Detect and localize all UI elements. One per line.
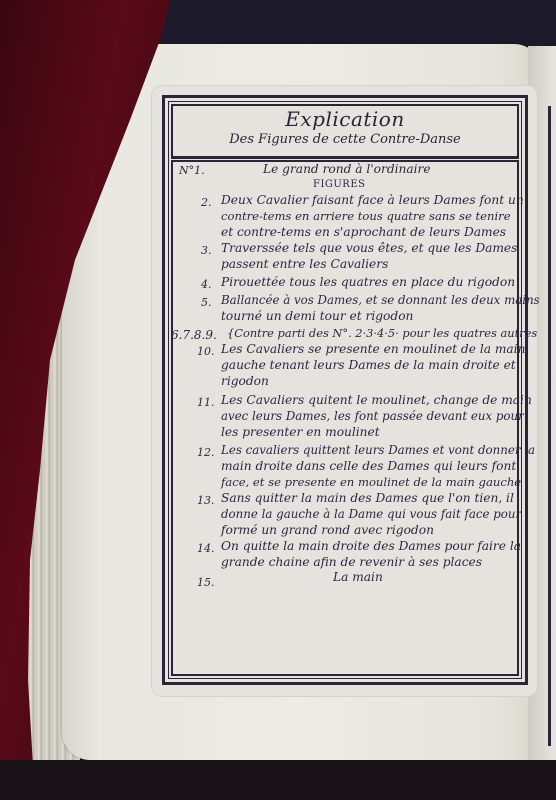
entry-line: Les cavaliers quittent leurs Dames et vo… [221, 443, 535, 458]
entry-line: La main [333, 570, 383, 585]
entry-number: 10. [197, 345, 215, 358]
entry-line: les presenter en moulinet [221, 425, 380, 440]
entry-line: Pirouettée tous les quatres en place du … [221, 275, 515, 290]
figures-heading: FIGURES [313, 179, 365, 190]
figure-number: N°1. [179, 164, 205, 177]
entry-line: rigodon [221, 374, 269, 389]
entry-line: grande chaine afin de revenir à ses plac… [221, 555, 482, 570]
entry-number: 3. [201, 244, 212, 257]
entry-line: {Contre parti des N°. 2·3·4·5· pour les … [227, 326, 537, 341]
entry-line: contre-tems en arriere tous quatre sans … [221, 209, 511, 224]
entry-line: tourné un demi tour et rigodon [221, 309, 413, 324]
entry-line: passent entre les Cavaliers [221, 257, 388, 272]
entry-line: face, et se presente en moulinet de la m… [221, 475, 521, 490]
entry-line: avec leurs Dames, les font passée devant… [221, 409, 524, 424]
entry-number: 11. [197, 396, 215, 409]
entry-line: Les Cavaliers se presente en moulinet de… [221, 342, 525, 357]
explanation-body: N°1. Le grand rond à l'ordinaire FIGURES… [171, 160, 519, 676]
entry-line: Traverssée tels que vous êtes, et que le… [221, 241, 517, 256]
entry-line: Deux Cavalier faisant face à leurs Dames… [221, 193, 524, 208]
title-cartouche: Explication Des Figures de cette Contre-… [171, 104, 519, 159]
plate-subtitle: Des Figures de cette Contre-Danse [173, 131, 517, 149]
entry-number: 6.7.8.9. [171, 328, 217, 342]
entry-number: 2. [201, 196, 212, 209]
entry-line: On quitte la main droite des Dames pour … [221, 539, 521, 554]
entry-number: 15. [197, 576, 215, 589]
entry-line: main droite dans celle des Dames qui leu… [221, 459, 516, 474]
figure-text: Le grand rond à l'ordinaire [263, 162, 431, 177]
entry-line: formé un grand rond avec rigodon [221, 523, 434, 538]
entry-number: 12. [197, 446, 215, 459]
plate-title: Explication [173, 107, 517, 131]
entry-line: et contre-tems en s'aprochant de leurs D… [221, 225, 506, 240]
entry-line: Les Cavaliers quitent le moulinet, chang… [221, 393, 532, 408]
entry-line: Sans quitter la main des Dames que l'on … [221, 491, 514, 506]
engraved-frame: Explication Des Figures de cette Contre-… [162, 95, 528, 685]
entry-line: gauche tenant leurs Dames de la main dro… [221, 358, 516, 373]
entry-number: 14. [197, 542, 215, 555]
dark-background-bottom [0, 760, 556, 800]
facing-page-rule [548, 106, 551, 746]
entry-number: 13. [197, 494, 215, 507]
entry-number: 4. [201, 278, 212, 291]
entry-line: Ballancée à vos Dames, et se donnant les… [221, 293, 540, 308]
entry-number: 5. [201, 296, 212, 309]
entry-line: donne la gauche à la Dame qui vous fait … [221, 507, 521, 522]
